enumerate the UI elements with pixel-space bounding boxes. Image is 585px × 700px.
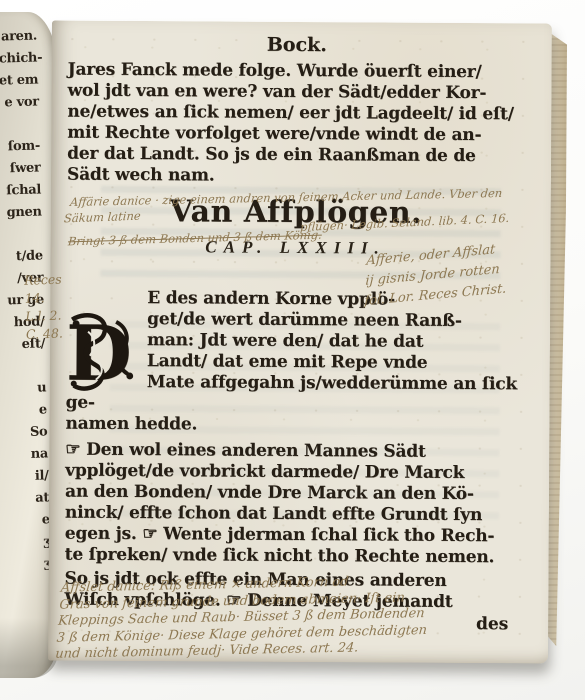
- margin-note-bottom: Affslet danice: Riß einem × andern Korn …: [55, 571, 512, 663]
- printed-text-column: Bock. Jares Fanck mede folge. Wurde öuer…: [48, 20, 552, 634]
- woodcut-initial-d-icon: D: [66, 291, 138, 373]
- book-page: Bock. Jares Fanck mede folge. Wurde öuer…: [48, 20, 552, 663]
- running-title: Bock.: [68, 33, 526, 58]
- paragraph: ☞ Den wol eines anderen Mannes Sädt vppl…: [65, 440, 524, 569]
- paragraph: Jares Fanck mede folge. Wurde öuerſt ein…: [67, 60, 526, 189]
- margin-note-latin: Säkum latine: [64, 209, 142, 226]
- book-photograph: aren. ſchich- et em e vor ſom- ſwer ſcha…: [0, 0, 585, 700]
- margin-note-left: Reces 14. L.l. 2. C. 48.: [24, 270, 72, 344]
